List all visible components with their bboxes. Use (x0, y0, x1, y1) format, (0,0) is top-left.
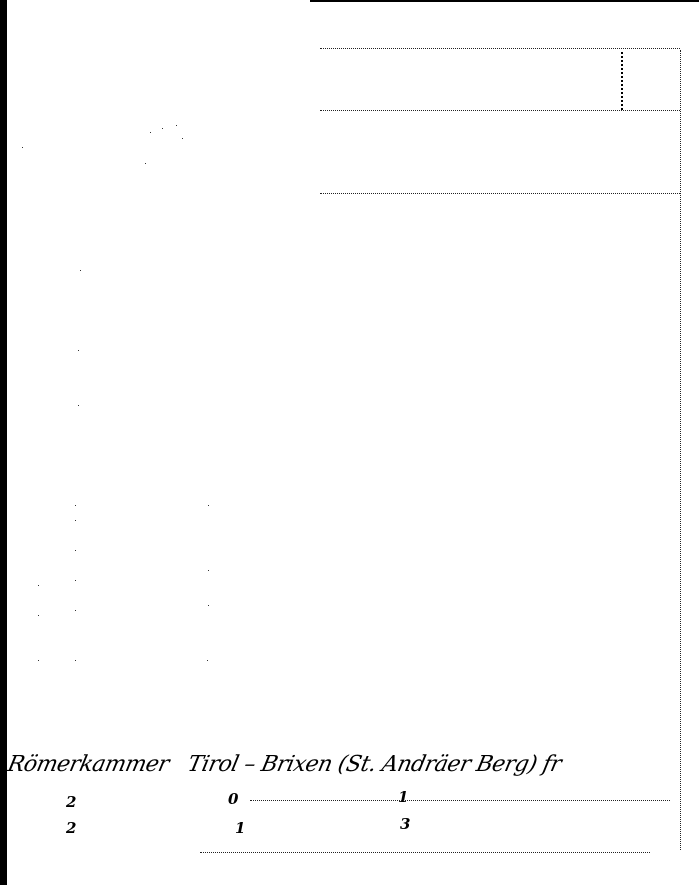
right-margin-rule (680, 50, 681, 850)
count-r1-c2: 0 (228, 790, 238, 808)
count-r2-c1: 2 (66, 819, 76, 837)
count-r1-c1: 2 (66, 793, 76, 811)
count-r1-c3: 1 (398, 788, 408, 806)
header-rule-top (320, 48, 680, 49)
header-box-divider (621, 52, 623, 110)
row2-rule (200, 852, 650, 853)
row1-rule (250, 800, 670, 801)
entry-label: Römerkammer (5, 752, 171, 777)
header-rule-middle (320, 110, 680, 111)
scan-edge-left (0, 0, 7, 885)
count-r2-c2: 1 (235, 819, 245, 837)
count-r2-c3: 3 (400, 815, 410, 833)
entry-location: Tirol – Brixen (St. Andräer Berg) fr (185, 752, 563, 777)
scan-edge-top (310, 0, 699, 2)
header-rule-bottom (320, 193, 680, 194)
